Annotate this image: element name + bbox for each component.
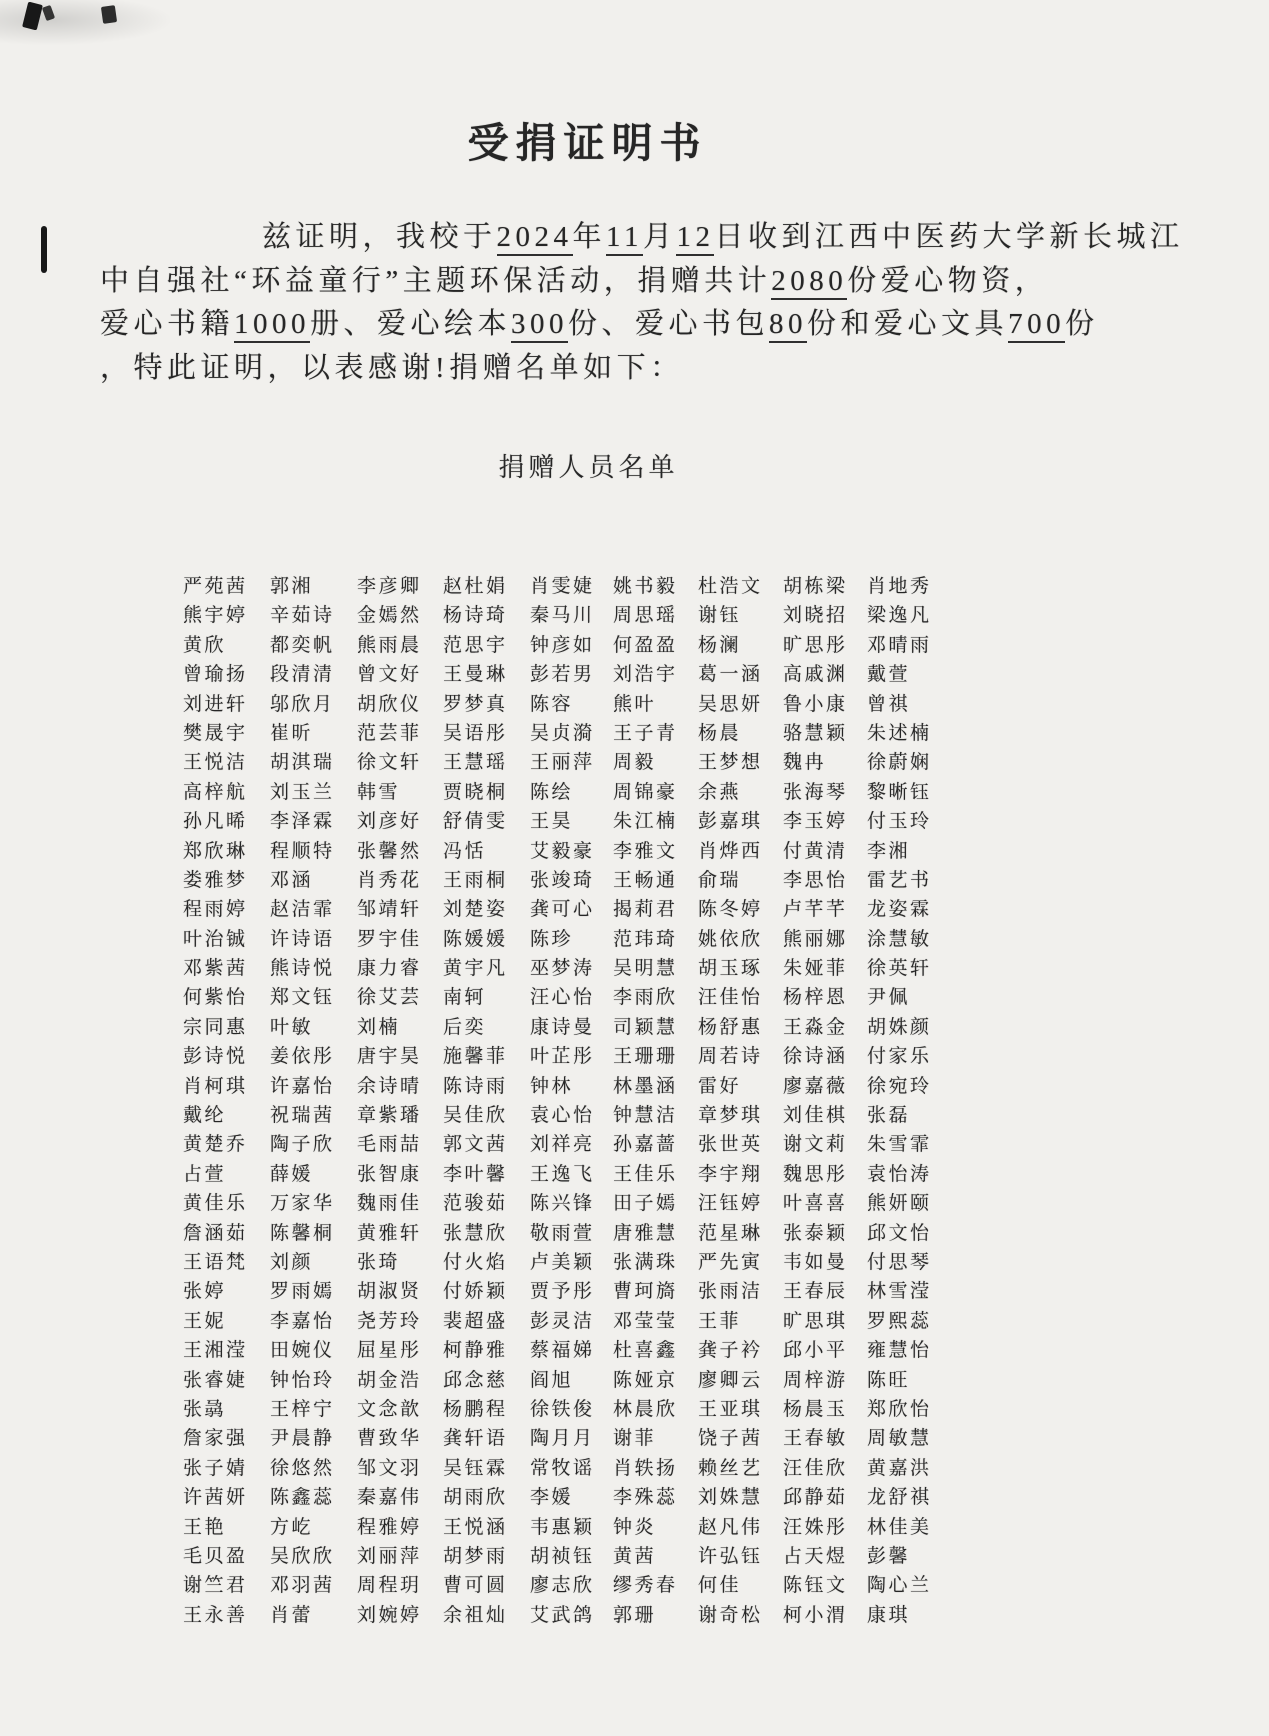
donor-name: 雍慧怡 xyxy=(867,1335,949,1364)
donor-name: 曹致华 xyxy=(357,1423,443,1452)
donor-name: 谢文莉 xyxy=(783,1129,867,1158)
donor-name: 吴佳欣 xyxy=(443,1100,530,1129)
donor-name: 赖丝艺 xyxy=(698,1453,783,1482)
donor-name: 邓莹莹 xyxy=(613,1306,698,1335)
donor-name: 廖志欣 xyxy=(530,1570,613,1599)
paragraph-text: 份爱心物资， xyxy=(847,265,1048,297)
donor-name: 万家华 xyxy=(270,1188,357,1217)
donor-name: 薛媛 xyxy=(270,1159,357,1188)
donor-name: 熊丽娜 xyxy=(783,924,867,953)
donor-name: 章紫璠 xyxy=(357,1100,443,1129)
donor-name: 俞瑞 xyxy=(698,865,783,894)
donor-name: 宗同惠 xyxy=(183,1012,270,1041)
donor-name: 敬雨萱 xyxy=(530,1218,613,1247)
donor-name: 金嫣然 xyxy=(357,600,443,629)
donor-name: 王畅通 xyxy=(613,865,698,894)
donor-name: 汪佳欣 xyxy=(783,1453,867,1482)
donor-name: 胡金浩 xyxy=(357,1365,443,1394)
donor-name: 付家乐 xyxy=(867,1041,949,1070)
donor-name: 钟林 xyxy=(530,1071,613,1100)
donor-name: 曹可圆 xyxy=(443,1570,530,1599)
donor-name: 秦嘉伟 xyxy=(357,1482,443,1511)
donor-name: 都奕帆 xyxy=(270,630,357,659)
donor-name: 郑文钰 xyxy=(270,982,357,1011)
donor-name: 付娇颖 xyxy=(443,1276,530,1305)
donor-name: 许茜妍 xyxy=(183,1482,270,1511)
donor-name: 王雨桐 xyxy=(443,865,530,894)
underlined-number: 12 xyxy=(676,221,714,256)
donor-name: 叶喜喜 xyxy=(783,1188,867,1217)
donor-name: 韩雪 xyxy=(357,777,443,806)
donor-name: 徐铁俊 xyxy=(530,1394,613,1423)
donor-name: 柯静雅 xyxy=(443,1335,530,1364)
donor-name: 范芸菲 xyxy=(357,718,443,747)
donor-name: 袁怡涛 xyxy=(867,1159,949,1188)
donor-name: 曹珂旖 xyxy=(613,1276,698,1305)
donor-name: 占萱 xyxy=(183,1159,270,1188)
scan-artifact xyxy=(41,226,47,273)
donor-name: 张海琴 xyxy=(783,777,867,806)
donor-name: 王春辰 xyxy=(783,1276,867,1305)
donor-name: 彭嘉琪 xyxy=(698,806,783,835)
donor-name: 李彦卿 xyxy=(357,571,443,600)
donor-name: 陈娅京 xyxy=(613,1365,698,1394)
donor-name: 王曼琳 xyxy=(443,659,530,688)
donor-name: 肖轶扬 xyxy=(613,1453,698,1482)
donor-name: 刘进轩 xyxy=(183,689,270,718)
underlined-number: 80 xyxy=(769,308,807,343)
donor-name: 徐艾芸 xyxy=(357,982,443,1011)
donor-name: 张智康 xyxy=(357,1159,443,1188)
donor-name: 饶子茜 xyxy=(698,1423,783,1452)
donor-name: 吴欣欣 xyxy=(270,1541,357,1570)
donor-name: 王语梵 xyxy=(183,1247,270,1276)
donor-name: 周思瑶 xyxy=(613,600,698,629)
donor-name: 胡栋梁 xyxy=(783,571,867,600)
donor-name: 章梦琪 xyxy=(698,1100,783,1129)
donor-name: 陈鑫蕊 xyxy=(270,1482,357,1511)
paragraph-text: ，特此证明，以表感谢!捐赠名单如下： xyxy=(100,352,684,384)
donor-name: 罗雨嫣 xyxy=(270,1276,357,1305)
donor-name: 鲁小康 xyxy=(783,689,867,718)
donor-name: 程雨婷 xyxy=(183,894,270,923)
donor-name: 彭馨 xyxy=(867,1541,949,1570)
donor-name: 康琪 xyxy=(867,1600,949,1629)
donor-name: 吴明慧 xyxy=(613,953,698,982)
donor-name: 王菲 xyxy=(698,1306,783,1335)
donor-name: 邱静茹 xyxy=(783,1482,867,1511)
donor-name: 巫梦涛 xyxy=(530,953,613,982)
page-title: 受捐证明书 xyxy=(0,110,1222,169)
donor-name: 樊晟宇 xyxy=(183,718,270,747)
donor-name: 孙凡晞 xyxy=(183,806,270,835)
donor-name: 娄雅梦 xyxy=(183,865,270,894)
donor-name: 陶月月 xyxy=(530,1423,613,1452)
donor-name: 韦惠颖 xyxy=(530,1512,613,1541)
donor-name: 贾予彤 xyxy=(530,1276,613,1305)
donor-name: 廖卿云 xyxy=(698,1365,783,1394)
donor-name: 刘佳棋 xyxy=(783,1100,867,1129)
donor-name: 高戚渊 xyxy=(783,659,867,688)
donor-name: 朱述楠 xyxy=(867,718,949,747)
donor-name: 杨晨玉 xyxy=(783,1394,867,1423)
donor-name: 陈诗雨 xyxy=(443,1071,530,1100)
donor-name: 詹涵茹 xyxy=(183,1218,270,1247)
donor-name: 张磊 xyxy=(867,1100,949,1129)
donor-name: 魏冉 xyxy=(783,747,867,776)
donor-name: 刘晓招 xyxy=(783,600,867,629)
donor-name: 陈冬婷 xyxy=(698,894,783,923)
donor-name: 付思琴 xyxy=(867,1247,949,1276)
donor-name: 周梓游 xyxy=(783,1365,867,1394)
donor-name: 张雨洁 xyxy=(698,1276,783,1305)
donor-name: 余燕 xyxy=(698,777,783,806)
donor-name: 孙嘉蔷 xyxy=(613,1129,698,1158)
donor-name: 姚依欣 xyxy=(698,924,783,953)
donor-name: 王亚琪 xyxy=(698,1394,783,1423)
donor-name: 李叶馨 xyxy=(443,1159,530,1188)
donor-name: 叶芷彤 xyxy=(530,1041,613,1070)
donor-name: 张琦 xyxy=(357,1247,443,1276)
donor-name: 罗宇佳 xyxy=(357,924,443,953)
donor-name: 罗梦真 xyxy=(443,689,530,718)
donor-name: 康力睿 xyxy=(357,953,443,982)
donor-name: 杜喜鑫 xyxy=(613,1335,698,1364)
donor-name: 冯恬 xyxy=(443,836,530,865)
donor-name: 王佳乐 xyxy=(613,1159,698,1188)
donor-name: 林佳美 xyxy=(867,1512,949,1541)
donor-name: 祝瑞茜 xyxy=(270,1100,357,1129)
donor-name: 陶子欣 xyxy=(270,1129,357,1158)
donor-name: 黄欣 xyxy=(183,630,270,659)
donor-name: 袁心怡 xyxy=(530,1100,613,1129)
donor-name: 陈钰文 xyxy=(783,1570,867,1599)
donor-name: 赵洁霏 xyxy=(270,894,357,923)
donor-name: 张泰颖 xyxy=(783,1218,867,1247)
donor-name: 尹晨静 xyxy=(270,1423,357,1452)
donor-name: 艾毅豪 xyxy=(530,836,613,865)
donor-name: 张世英 xyxy=(698,1129,783,1158)
donor-name: 旷思琪 xyxy=(783,1306,867,1335)
donor-name: 葛一涵 xyxy=(698,659,783,688)
donor-name: 张慧欣 xyxy=(443,1218,530,1247)
paragraph-line: ，特此证明，以表感谢!捐赠名单如下： xyxy=(100,347,1175,391)
donor-name: 南轲 xyxy=(443,982,530,1011)
donor-name: 柯小渭 xyxy=(783,1600,867,1629)
donor-list-heading: 捐赠人员名单 xyxy=(0,447,1223,484)
donor-name: 阎旭 xyxy=(530,1365,613,1394)
donor-name: 王昊 xyxy=(530,806,613,835)
donor-name: 罗熙蕊 xyxy=(867,1306,949,1335)
donor-name: 许弘钰 xyxy=(698,1541,783,1570)
donor-name: 黄嘉洪 xyxy=(867,1453,949,1482)
donor-name: 姚书毅 xyxy=(613,571,698,600)
donor-name: 胡淇瑞 xyxy=(270,747,357,776)
donor-name: 邱文怡 xyxy=(867,1218,949,1247)
donor-name: 文念歆 xyxy=(357,1394,443,1423)
donor-name: 付黄清 xyxy=(783,836,867,865)
donor-name: 王淼金 xyxy=(783,1012,867,1041)
donor-name: 赵凡伟 xyxy=(698,1512,783,1541)
donor-name: 刘颜 xyxy=(270,1247,357,1276)
donor-name: 刘婉婷 xyxy=(357,1600,443,1629)
donor-name: 黄雅轩 xyxy=(357,1218,443,1247)
donor-name: 范骏茹 xyxy=(443,1188,530,1217)
donor-name: 范星琳 xyxy=(698,1218,783,1247)
donor-name: 王丽萍 xyxy=(530,747,613,776)
donor-name: 胡梦雨 xyxy=(443,1541,530,1570)
donor-name: 邓紫茜 xyxy=(183,953,270,982)
donor-name: 田婉仪 xyxy=(270,1335,357,1364)
donor-name: 范玮琦 xyxy=(613,924,698,953)
donor-name: 余祖灿 xyxy=(443,1600,530,1629)
donor-name-grid: 严苑茜郭湘李彦卿赵杜娟肖雯婕姚书毅杜浩文胡栋梁肖地秀熊宇婷辛茹诗金嫣然杨诗琦秦马… xyxy=(183,571,949,1629)
donor-name: 蔡福娣 xyxy=(530,1335,613,1364)
donor-name: 陈容 xyxy=(530,689,613,718)
donor-name: 唐雅慧 xyxy=(613,1218,698,1247)
donor-name: 郭珊 xyxy=(613,1600,698,1629)
donor-name: 熊诗悦 xyxy=(270,953,357,982)
donor-name: 王珊珊 xyxy=(613,1041,698,1070)
donor-name: 戴萱 xyxy=(867,659,949,688)
donor-name: 谢奇松 xyxy=(698,1600,783,1629)
donor-name: 徐英轩 xyxy=(867,953,949,982)
donor-name: 黄楚乔 xyxy=(183,1129,270,1158)
underlined-number: 2024 xyxy=(497,221,573,256)
paragraph-text: 份、爱心书包 xyxy=(568,308,769,340)
donor-name: 黄宇凡 xyxy=(443,953,530,982)
donor-name: 邱小平 xyxy=(783,1335,867,1364)
donor-name: 段清清 xyxy=(270,659,357,688)
donor-name: 叶治铖 xyxy=(183,924,270,953)
donor-name: 龚可心 xyxy=(530,894,613,923)
donor-name: 谢钰 xyxy=(698,600,783,629)
paragraph-text: 年 xyxy=(573,221,607,253)
donor-name: 曾祺 xyxy=(867,689,949,718)
donor-name: 何佳 xyxy=(698,1570,783,1599)
donor-name: 彭诗悦 xyxy=(183,1041,270,1070)
donor-name: 王春敏 xyxy=(783,1423,867,1452)
donor-name: 林墨涵 xyxy=(613,1071,698,1100)
donor-name: 尧芳玲 xyxy=(357,1306,443,1335)
document-page: 受捐证明书 兹证明，我校于2024年11月12日收到江西中医药大学新长城江中自强… xyxy=(0,0,1269,1736)
donor-name: 陈绘 xyxy=(530,777,613,806)
underlined-number: 700 xyxy=(1008,308,1065,343)
donor-name: 詹家强 xyxy=(183,1423,270,1452)
donor-name: 余诗晴 xyxy=(357,1071,443,1100)
donor-name: 骆慧颖 xyxy=(783,718,867,747)
donor-name: 徐文轩 xyxy=(357,747,443,776)
donor-name: 付玉玲 xyxy=(867,806,949,835)
donor-name: 张馨然 xyxy=(357,836,443,865)
donor-name: 王悦洁 xyxy=(183,747,270,776)
paragraph-line: 兹证明，我校于2024年11月12日收到江西中医药大学新长城江 xyxy=(100,216,1175,260)
donor-name: 李泽霖 xyxy=(270,806,357,835)
donor-name: 梁逸凡 xyxy=(867,600,949,629)
paragraph-text: 兹证明，我校于 xyxy=(262,221,497,253)
donor-name: 吴钰霖 xyxy=(443,1453,530,1482)
donor-name: 郭文茜 xyxy=(443,1129,530,1158)
donor-name: 徐诗涵 xyxy=(783,1041,867,1070)
donor-name: 辛茹诗 xyxy=(270,600,357,629)
donor-name: 汪心怡 xyxy=(530,982,613,1011)
donor-name: 施馨菲 xyxy=(443,1041,530,1070)
donor-name: 刘玉兰 xyxy=(270,777,357,806)
underlined-number: 300 xyxy=(511,308,568,343)
donor-name: 周毅 xyxy=(613,747,698,776)
donor-name: 邓涵 xyxy=(270,865,357,894)
donor-name: 徐宛玲 xyxy=(867,1071,949,1100)
donor-name: 贾晓桐 xyxy=(443,777,530,806)
donor-name: 李殊蕊 xyxy=(613,1482,698,1511)
donor-name: 方屹 xyxy=(270,1512,357,1541)
donor-name: 李玉婷 xyxy=(783,806,867,835)
donor-name: 胡雨欣 xyxy=(443,1482,530,1511)
donor-name: 杨诗琦 xyxy=(443,600,530,629)
donor-name: 汪钰婷 xyxy=(698,1188,783,1217)
paragraph-text: 中自强社“环益童行”主题环保活动，捐赠共计 xyxy=(100,265,771,297)
donor-name: 肖秀花 xyxy=(357,865,443,894)
donor-name: 许诗语 xyxy=(270,924,357,953)
donor-name: 尹佩 xyxy=(867,982,949,1011)
donor-name: 王湘滢 xyxy=(183,1335,270,1364)
donor-name: 李湘 xyxy=(867,836,949,865)
donor-name: 胡玉琢 xyxy=(698,953,783,982)
donor-name: 胡淑贤 xyxy=(357,1276,443,1305)
donor-name: 王永善 xyxy=(183,1600,270,1629)
donor-name: 周敏慧 xyxy=(867,1423,949,1452)
donor-name: 汪佳怡 xyxy=(698,982,783,1011)
donor-name: 肖蕾 xyxy=(270,1600,357,1629)
donor-name: 邹文羽 xyxy=(357,1453,443,1482)
donor-name: 艾武鸽 xyxy=(530,1600,613,1629)
donor-name: 刘祥亮 xyxy=(530,1129,613,1158)
underlined-number: 11 xyxy=(606,221,643,256)
donor-name: 朱雪霏 xyxy=(867,1129,949,1158)
donor-name: 熊叶 xyxy=(613,689,698,718)
donor-name: 雷艺书 xyxy=(867,865,949,894)
donor-name: 肖烨西 xyxy=(698,836,783,865)
donor-name: 朱娅菲 xyxy=(783,953,867,982)
donor-name: 邬欣月 xyxy=(270,689,357,718)
donor-name: 王悦涵 xyxy=(443,1512,530,1541)
donor-name: 付火焰 xyxy=(443,1247,530,1276)
donor-name: 刘丽萍 xyxy=(357,1541,443,1570)
donor-name: 张满珠 xyxy=(613,1247,698,1276)
donor-name: 舒倩雯 xyxy=(443,806,530,835)
donor-name: 汪姝彤 xyxy=(783,1512,867,1541)
certificate-paragraph: 兹证明，我校于2024年11月12日收到江西中医药大学新长城江中自强社“环益童行… xyxy=(100,216,1175,390)
donor-name: 魏思彤 xyxy=(783,1159,867,1188)
donor-name: 曾瑜扬 xyxy=(183,659,270,688)
donor-name: 龚轩语 xyxy=(443,1423,530,1452)
donor-name: 王妮 xyxy=(183,1306,270,1335)
donor-name: 刘楠 xyxy=(357,1012,443,1041)
paragraph-line: 中自强社“环益童行”主题环保活动，捐赠共计2080份爱心物资， xyxy=(100,260,1175,304)
donor-name: 陶心兰 xyxy=(867,1570,949,1599)
donor-name: 许嘉怡 xyxy=(270,1071,357,1100)
donor-name: 徐悠然 xyxy=(270,1453,357,1482)
donor-name: 林晨欣 xyxy=(613,1394,698,1423)
donor-name: 邱念慈 xyxy=(443,1365,530,1394)
paragraph-text: 份和爱心文具 xyxy=(807,308,1008,340)
donor-name: 张子婧 xyxy=(183,1453,270,1482)
donor-name: 王子青 xyxy=(613,718,698,747)
donor-name: 徐蔚娴 xyxy=(867,747,949,776)
underlined-number: 1000 xyxy=(234,308,310,343)
donor-name: 陈媛媛 xyxy=(443,924,530,953)
donor-name: 李嘉怡 xyxy=(270,1306,357,1335)
donor-name: 郑欣怡 xyxy=(867,1394,949,1423)
donor-name: 曾文好 xyxy=(357,659,443,688)
donor-name: 胡祯钰 xyxy=(530,1541,613,1570)
donor-name: 姜依彤 xyxy=(270,1041,357,1070)
donor-name: 熊雨晨 xyxy=(357,630,443,659)
donor-name: 卢美颖 xyxy=(530,1247,613,1276)
donor-name: 高梓航 xyxy=(183,777,270,806)
donor-name: 叶敏 xyxy=(270,1012,357,1041)
donor-name: 杨鹏程 xyxy=(443,1394,530,1423)
donor-name: 张睿婕 xyxy=(183,1365,270,1394)
paragraph-text: 日收到江西中医药大学新长城江 xyxy=(714,221,1183,253)
donor-name: 司颖慧 xyxy=(613,1012,698,1041)
donor-name: 何盈盈 xyxy=(613,630,698,659)
donor-name: 钟慧洁 xyxy=(613,1100,698,1129)
donor-name: 黎晰钰 xyxy=(867,777,949,806)
donor-name: 严先寅 xyxy=(698,1247,783,1276)
donor-name: 黄佳乐 xyxy=(183,1188,270,1217)
donor-name: 周程玥 xyxy=(357,1570,443,1599)
donor-name: 常牧谣 xyxy=(530,1453,613,1482)
donor-name: 雷好 xyxy=(698,1071,783,1100)
donor-name: 戴纶 xyxy=(183,1100,270,1129)
donor-name: 林雪滢 xyxy=(867,1276,949,1305)
donor-name: 陈馨桐 xyxy=(270,1218,357,1247)
donor-name: 熊妍颐 xyxy=(867,1188,949,1217)
donor-name: 杨舒惠 xyxy=(698,1012,783,1041)
donor-name: 杨梓恩 xyxy=(783,982,867,1011)
donor-name: 康诗曼 xyxy=(530,1012,613,1041)
donor-name: 王艳 xyxy=(183,1512,270,1541)
donor-name: 刘彦好 xyxy=(357,806,443,835)
donor-name: 范思宇 xyxy=(443,630,530,659)
donor-name: 周锦豪 xyxy=(613,777,698,806)
donor-name: 吴贞漪 xyxy=(530,718,613,747)
donor-name: 揭莉君 xyxy=(613,894,698,923)
donor-name: 邹靖轩 xyxy=(357,894,443,923)
donor-name: 杨晨 xyxy=(698,718,783,747)
paragraph-text: 册、爱心绘本 xyxy=(310,308,511,340)
donor-name: 裴超盛 xyxy=(443,1306,530,1335)
donor-name: 吴思妍 xyxy=(698,689,783,718)
donor-name: 刘姝慧 xyxy=(698,1482,783,1511)
donor-name: 毛贝盈 xyxy=(183,1541,270,1570)
donor-name: 杜浩文 xyxy=(698,571,783,600)
donor-name: 程雅婷 xyxy=(357,1512,443,1541)
donor-name: 谢菲 xyxy=(613,1423,698,1452)
donor-name: 李媛 xyxy=(530,1482,613,1511)
donor-name: 张婷 xyxy=(183,1276,270,1305)
donor-name: 龙舒祺 xyxy=(867,1482,949,1511)
donor-name: 张骉 xyxy=(183,1394,270,1423)
donor-name: 旷思彤 xyxy=(783,630,867,659)
donor-name: 周若诗 xyxy=(698,1041,783,1070)
donor-name: 陈珍 xyxy=(530,924,613,953)
donor-name: 钟彦如 xyxy=(530,630,613,659)
donor-name: 李思怡 xyxy=(783,865,867,894)
donor-name: 肖雯婕 xyxy=(530,571,613,600)
donor-name: 龚子衿 xyxy=(698,1335,783,1364)
